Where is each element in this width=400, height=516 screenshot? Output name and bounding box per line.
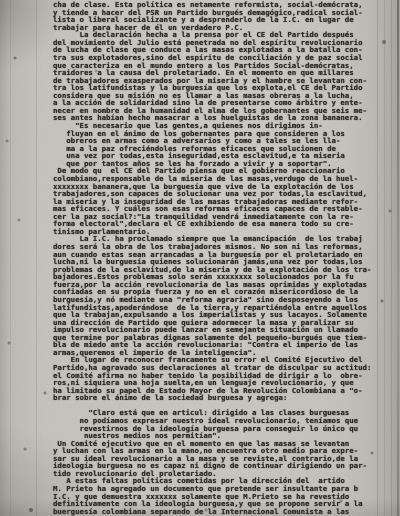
scanned-document-page: cha de clase. Esta política es netamente… bbox=[0, 0, 400, 516]
fold-line-left-inner bbox=[36, 0, 37, 516]
typewritten-text-block: cha de clase. Esta política es netamente… bbox=[53, 1, 393, 515]
paper-specks bbox=[0, 0, 2, 2]
document-line: buerguesía colombiana separando de la In… bbox=[53, 508, 393, 516]
document-line: brar sobre el ánimo de la sociedad burgu… bbox=[53, 394, 393, 402]
fold-line-left-outer bbox=[10, 0, 11, 516]
page-right-edge-shadow bbox=[397, 0, 399, 516]
